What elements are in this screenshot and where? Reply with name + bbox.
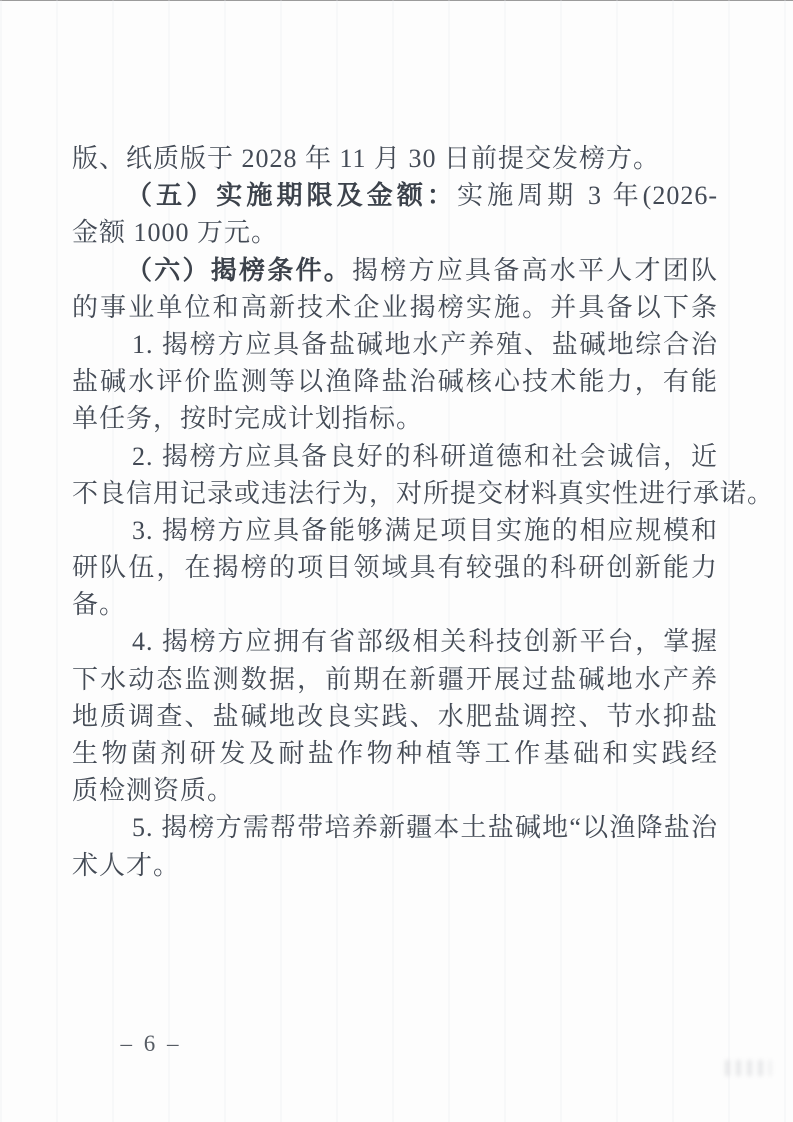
doc-line: 下水动态监测数据，前期在新疆开展过盐碱地水产养殖、水文 [72,661,718,698]
doc-line-text: 术人才。 [72,851,180,880]
doc-line-heading: （五）实施期限及金额： [126,181,457,210]
doc-line: 研队伍，在揭榜的项目领域具有较强的科研创新能力和技术储 [72,549,718,586]
doc-line-text: 金额 1000 万元。 [72,218,278,247]
doc-line: 术人才。 [72,847,718,884]
doc-line: 地质调查、盐碱地改良实践、水肥盐调控、节水抑盐排灌、微 [72,698,718,735]
scan-top-edge [0,0,793,1]
doc-line-text: 研队伍，在揭榜的项目领域具有较强的科研创新能力和技术储 [72,553,718,586]
doc-line: 盐碱水评价监测等以渔降盐治碱核心技术能力，有能力解决榜 [72,363,718,400]
doc-line: 2. 揭榜方应具备良好的科研道德和社会诚信，近三年内无 [72,438,718,475]
doc-line-text: 地质调查、盐碱地改良实践、水肥盐调控、节水抑盐排灌、微 [72,702,718,735]
doc-line: 4. 揭榜方应拥有省部级相关科技创新平台，掌握长时序地 [72,623,718,660]
doc-line: 5. 揭榜方需帮带培养新疆本土盐碱地“以渔降盐治碱”技 [72,809,718,846]
doc-line-text: 3. 揭榜方应具备能够满足项目实施的相应规模和水平的科 [132,516,718,549]
doc-line-text: 质检测资质。 [72,776,234,805]
doc-line-text: 的事业单位和高新技术企业揭榜实施。并具备以下条件和能力: [72,293,718,326]
doc-line-text: 5. 揭榜方需帮带培养新疆本土盐碱地“以渔降盐治碱”技 [132,813,718,846]
doc-line: 的事业单位和高新技术企业揭榜实施。并具备以下条件和能力: [72,289,718,326]
doc-line-text: 备。 [72,590,126,619]
doc-line-text: 不良信用记录或违法行为，对所提交材料真实性进行承诺。 [72,479,774,508]
doc-line-text: 单任务，按时完成计划指标。 [72,404,423,433]
doc-line: 1. 揭榜方应具备盐碱地水产养殖、盐碱地综合治理、地下 [72,326,718,363]
page-number: – 6 – [105,1031,197,1057]
doc-line-text: 1. 揭榜方应具备盐碱地水产养殖、盐碱地综合治理、地下 [132,330,718,363]
document-body: 版、纸质版于 2028 年 11 月 30 日前提交发榜方。（五）实施期限及金额… [72,140,718,884]
doc-line-text: 下水动态监测数据，前期在新疆开展过盐碱地水产养殖、水文 [72,665,718,698]
doc-line: （五）实施期限及金额：实施周期 3 年(2026-2028 年); 揭榜 [72,177,718,214]
doc-line: 金额 1000 万元。 [72,214,718,251]
doc-line: 备。 [72,586,718,623]
scanned-document-page: 版、纸质版于 2028 年 11 月 30 日前提交发榜方。（五）实施期限及金额… [0,0,793,1122]
doc-line: 单任务，按时完成计划指标。 [72,400,718,437]
doc-line: 生物菌剂研发及耐盐作物种植等工作基础和实践经验，具有水 [72,735,718,772]
doc-line-text: 4. 揭榜方应拥有省部级相关科技创新平台，掌握长时序地 [132,627,718,660]
doc-line: 3. 揭榜方应具备能够满足项目实施的相应规模和水平的科 [72,512,718,549]
doc-line: 版、纸质版于 2028 年 11 月 30 日前提交发榜方。 [72,140,718,177]
doc-line: 质检测资质。 [72,772,718,809]
doc-line-heading: （六）揭榜条件。 [126,256,352,285]
doc-line-text: 版、纸质版于 2028 年 11 月 30 日前提交发榜方。 [72,144,660,173]
scan-artifact [725,1060,771,1076]
doc-line-text: 盐碱水评价监测等以渔降盐治碱核心技术能力，有能力解决榜 [72,367,718,400]
doc-line-text: 2. 揭榜方应具备良好的科研道德和社会诚信，近三年内无 [132,442,718,475]
doc-line: （六）揭榜条件。揭榜方应具备高水平人才团队及技术实力 [72,252,718,289]
doc-line-text: 生物菌剂研发及耐盐作物种植等工作基础和实践经验，具有水 [72,739,718,772]
doc-line: 不良信用记录或违法行为，对所提交材料真实性进行承诺。 [72,475,718,512]
